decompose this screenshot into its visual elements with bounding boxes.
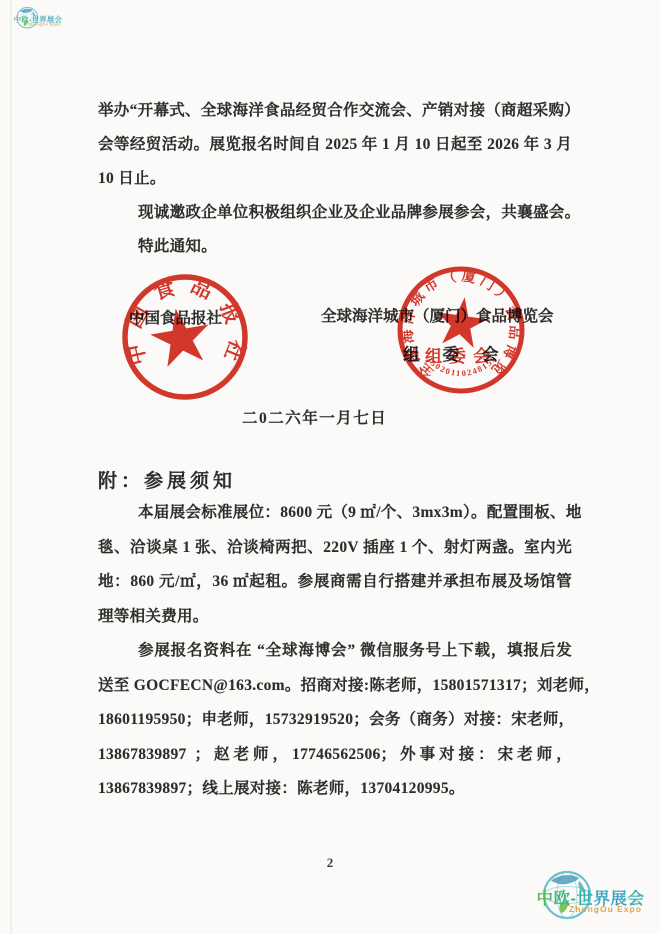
attachment-heading: 附：参展须知 [98, 466, 236, 493]
text-line: 送至 GOCFECN@163.com。招商对接:陈老师，15801571317；… [98, 669, 572, 704]
text-line: 13867839897；线上展对接：陈老师，13704120995。 [98, 772, 572, 807]
text-line: 毯、洽谈桌 1 张、洽谈椅两把、220V 插座 1 个、射灯两盏。室内光 [98, 531, 572, 566]
text-line: 举办“开幕式、全球海洋食品经贸合作交流会、产销对接（商超采购） [98, 94, 572, 128]
seal-ring-text: 中国食品报社 [120, 272, 250, 376]
scan-edge-artifact [10, 0, 12, 934]
text-line: 18601195950；申老师，15732919520；会务（商务）对接：宋老师… [98, 703, 572, 738]
text-line: 参展报名资料在 “全球海博会” 微信服务号上下载，填报后发 [98, 634, 572, 669]
text-line: 理等相关费用。 [98, 600, 572, 635]
signature-date: 二0二六年一月七日 [242, 406, 387, 428]
text-line: 10 日止。 [98, 162, 572, 196]
text-line: 本届展会标准展位：8600 元（9 ㎡/个、3mx3m）。配置围板、地 [98, 496, 572, 531]
expo-watermark-top: 中欧-世界展会 ZhongOu Expo [12, 6, 64, 31]
expo-watermark-bottom: 中欧-世界展会 ZhongOu Expo [533, 869, 648, 924]
watermark-subtitle: ZhongOu Expo [28, 22, 61, 27]
red-seal-right: 全球海洋城市（厦门）食品博览会 组委会 35020110248150 [394, 263, 528, 397]
star-icon [433, 294, 491, 350]
svg-text:中国食品报社: 中国食品报社 [120, 272, 250, 376]
notice-body: 举办“开幕式、全球海洋食品经贸合作交流会、产销对接（商超采购）会等经贸活动。展览… [98, 94, 572, 264]
text-line: 会等经贸活动。展览报名时间自 2025 年 1 月 10 日起至 2026 年 … [98, 128, 572, 162]
star-icon [147, 303, 215, 368]
red-seal-left: 中国食品报社 [119, 271, 251, 403]
watermark-subtitle: ZhongOu Expo [569, 904, 642, 914]
text-line: 13867839897 ；赵老师，17746562506；外事对接：宋老师， [98, 738, 572, 773]
text-line: 地：860 元/㎡，36 ㎡起租。参展商需自行搭建并承担布展及场馆管 [98, 565, 572, 600]
text-line: 特此通知。 [98, 230, 572, 264]
attachment-body: 本届展会标准展位：8600 元（9 ㎡/个、3mx3m）。配置围板、地毯、洽谈桌… [98, 496, 572, 807]
text-line: 现诚邀政企单位积极组织企业及企业品牌参展参会，共襄盛会。 [98, 196, 572, 230]
scanned-notice-page: 中欧-世界展会 ZhongOu Expo 举办“开幕式、全球海洋食品经贸合作交流… [0, 0, 660, 934]
